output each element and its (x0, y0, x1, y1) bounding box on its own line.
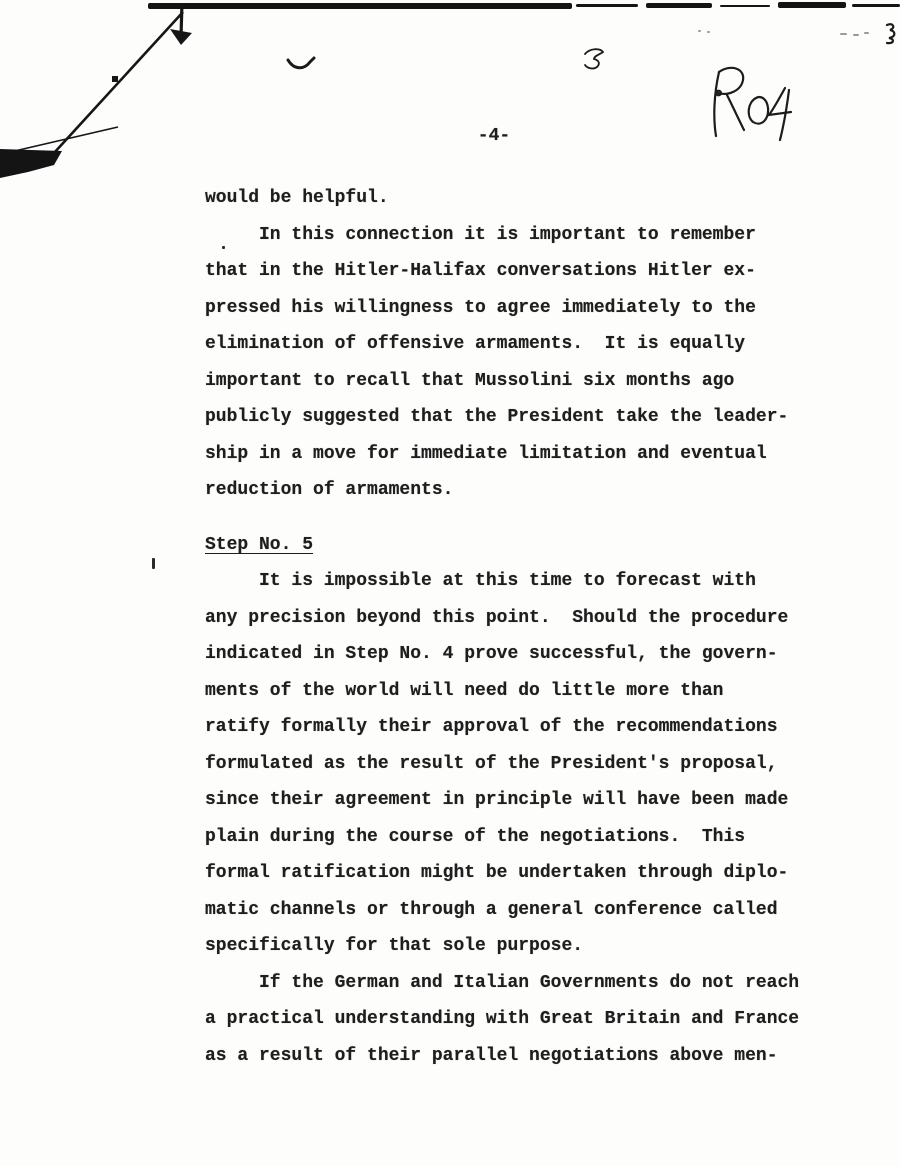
document-page: -4- would be helpful.In this connection … (0, 0, 900, 1166)
text-line: since their agreement in principle will … (205, 782, 783, 819)
text-line: indicated in Step No. 4 prove successful… (205, 636, 783, 673)
scan-speck (707, 31, 710, 33)
text-line: plain during the course of the negotiati… (205, 819, 783, 856)
text-line: In this connection it is important to re… (205, 217, 783, 254)
scan-speck (853, 34, 859, 36)
page-number: -4- (205, 126, 783, 146)
text-line: elimination of offensive armaments. It i… (205, 326, 783, 363)
scan-edge-segment (576, 4, 638, 7)
text-line: any precision beyond this point. Should … (205, 600, 783, 637)
scan-speck-icon (882, 22, 900, 46)
text-line: ments of the world will need do little m… (205, 673, 783, 710)
text-line: publicly suggested that the President ta… (205, 399, 783, 436)
text-line: ratify formally their approval of the re… (205, 709, 783, 746)
scan-edge-segment (778, 2, 846, 8)
text-line: It is impossible at this time to forecas… (205, 563, 783, 600)
paragraph: would be helpful. (205, 180, 783, 217)
text-line: If the German and Italian Governments do… (205, 965, 783, 1002)
scan-edge-segment (148, 3, 572, 9)
scan-edge-segment (852, 4, 900, 7)
document-body: would be helpful.In this connection it i… (205, 180, 783, 1074)
text-line: that in the Hitler-Halifax conversations… (205, 253, 783, 290)
scan-edge-segment (646, 3, 712, 8)
scan-edge-segment (720, 5, 770, 7)
check-mark (286, 56, 316, 74)
text-line: Step No. 5 (205, 527, 783, 564)
scan-speck (152, 558, 155, 569)
scan-speck (698, 30, 701, 32)
text-line: pressed his willingness to agree immedia… (205, 290, 783, 327)
paragraph: It is impossible at this time to forecas… (205, 563, 783, 965)
section-heading: Step No. 5 (205, 527, 783, 564)
staple-fold-mark (0, 0, 210, 190)
text-line: ship in a move for immediate limitation … (205, 436, 783, 473)
text-line: would be helpful. (205, 180, 783, 217)
paragraph: In this connection it is important to re… (205, 217, 783, 509)
handwritten-mark-icon (582, 46, 608, 72)
paragraph: If the German and Italian Governments do… (205, 965, 783, 1075)
text-line: formal ratification might be undertaken … (205, 855, 783, 892)
scan-speck (864, 32, 869, 34)
text-line: formulated as the result of the Presiden… (205, 746, 783, 783)
text-line: a practical understanding with Great Bri… (205, 1001, 783, 1038)
text-line: reduction of armaments. (205, 472, 783, 509)
text-line: as a result of their parallel negotiatio… (205, 1038, 783, 1075)
scan-speck (840, 33, 847, 35)
text-line: matic channels or through a general conf… (205, 892, 783, 929)
text-line: important to recall that Mussolini six m… (205, 363, 783, 400)
text-line: specifically for that sole purpose. (205, 928, 783, 965)
